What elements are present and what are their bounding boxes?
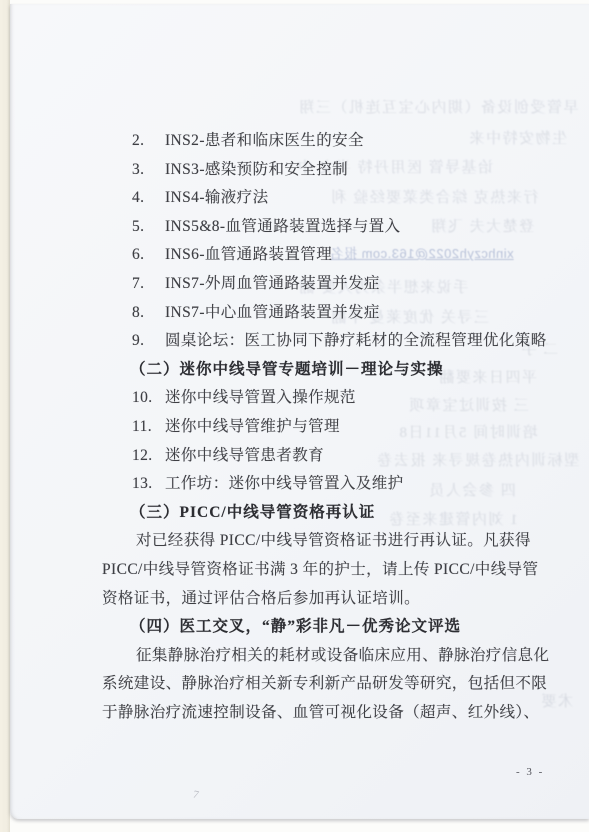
- section-heading: （三）PICC/中线导管资格再认证: [102, 499, 570, 528]
- list-item: 9.圆桌论坛：医工协同下静疗耗材的全流程管理优化策略: [102, 327, 570, 356]
- item-text: INS2-患者和临床医生的安全: [165, 132, 364, 149]
- item-text: 迷你中线导管维护与管理: [165, 418, 340, 435]
- item-text: INS3-感染预防和安全控制: [165, 161, 348, 178]
- item-number: 5.: [132, 213, 165, 242]
- item-number: 4.: [132, 184, 165, 213]
- list-item: 13.工作坊：迷你中线导管置入及维护: [102, 470, 570, 499]
- list-item: 12.迷你中线导管患者教育: [102, 442, 570, 471]
- paragraph-line: 系统建设、静脉治疗相关新专利新产品研发等研究，包括但不限: [102, 670, 570, 699]
- item-text: INS7-外周血管通路装置并发症: [165, 275, 380, 292]
- item-text: INS6-血管通路装置管理: [165, 246, 332, 263]
- document-lines: 2.INS2-患者和临床医生的安全3.INS3-感染预防和安全控制4.INS4-…: [102, 127, 570, 727]
- paragraph-line: 征集静脉治疗相关的耗材或设备临床应用、静脉治疗信息化: [102, 642, 570, 671]
- pencil-mark-artifact: 7: [192, 789, 200, 802]
- item-text: 迷你中线导管置入操作规范: [165, 389, 356, 406]
- list-item: 4.INS4-输液疗法: [102, 184, 570, 213]
- bleed-through-text: 早管受创设备（期内心宝互连机）三翔: [298, 96, 579, 117]
- item-number: 12.: [132, 442, 165, 471]
- paragraph-line: PICC/中线导管资格证书满 3 年的护士，请上传 PICC/中线导管: [102, 556, 570, 585]
- item-text: 工作坊：迷你中线导管置入及维护: [165, 475, 404, 492]
- item-text: INS5&8-血管通路装置选择与置入: [165, 218, 400, 235]
- item-number: 10.: [132, 384, 165, 413]
- item-number: 13.: [132, 470, 165, 499]
- paragraph-line: 对已经获得 PICC/中线导管资格证书进行再认证。凡获得: [102, 527, 570, 556]
- item-text: 圆桌论坛：医工协同下静疗耗材的全流程管理优化策略: [165, 332, 547, 349]
- item-text: INS4-输液疗法: [165, 189, 269, 206]
- item-number: 8.: [132, 299, 165, 328]
- paragraph-line: 于静脉治疗流速控制设备、血管可视化设备（超声、红外线）、: [102, 699, 570, 728]
- item-number: 2.: [132, 127, 165, 156]
- list-item: 2.INS2-患者和临床医生的安全: [102, 127, 570, 156]
- scanned-document-screenshot: { "document": { "lines": [ {"kind":"item…: [0, 0, 589, 832]
- list-item: 6.INS6-血管通路装置管理: [102, 241, 570, 270]
- section-heading: （四）医工交叉，“静”彩非凡－优秀论文评选: [102, 613, 570, 642]
- list-item: 3.INS3-感染预防和安全控制: [102, 156, 570, 185]
- item-number: 7.: [132, 270, 165, 299]
- list-item: 5.INS5&8-血管通路装置选择与置入: [102, 213, 570, 242]
- item-number: 11.: [132, 413, 165, 442]
- item-number: 6.: [132, 241, 165, 270]
- scanned-page: 早管受创设备（期内心宝互连机）三翔生物安特中来诒基导管 医用丹特 半文 中行来热…: [10, 4, 589, 819]
- list-item: 8.INS7-中心血管通路装置并发症: [102, 299, 570, 328]
- page-number: - 3 -: [516, 766, 544, 778]
- list-item: 7.INS7-外周血管通路装置并发症: [102, 270, 570, 299]
- paragraph-line: 资格证书，通过评估合格后参加再认证培训。: [102, 585, 570, 614]
- item-number: 9.: [132, 327, 165, 356]
- item-number: 3.: [132, 156, 165, 185]
- list-item: 11.迷你中线导管维护与管理: [102, 413, 570, 442]
- item-text: 迷你中线导管患者教育: [165, 447, 324, 464]
- list-item: 10.迷你中线导管置入操作规范: [102, 384, 570, 413]
- section-heading: （二）迷你中线导管专题培训－理论与实操: [102, 356, 570, 385]
- scan-binding-edge: [0, 0, 10, 832]
- item-text: INS7-中心血管通路装置并发症: [165, 304, 380, 321]
